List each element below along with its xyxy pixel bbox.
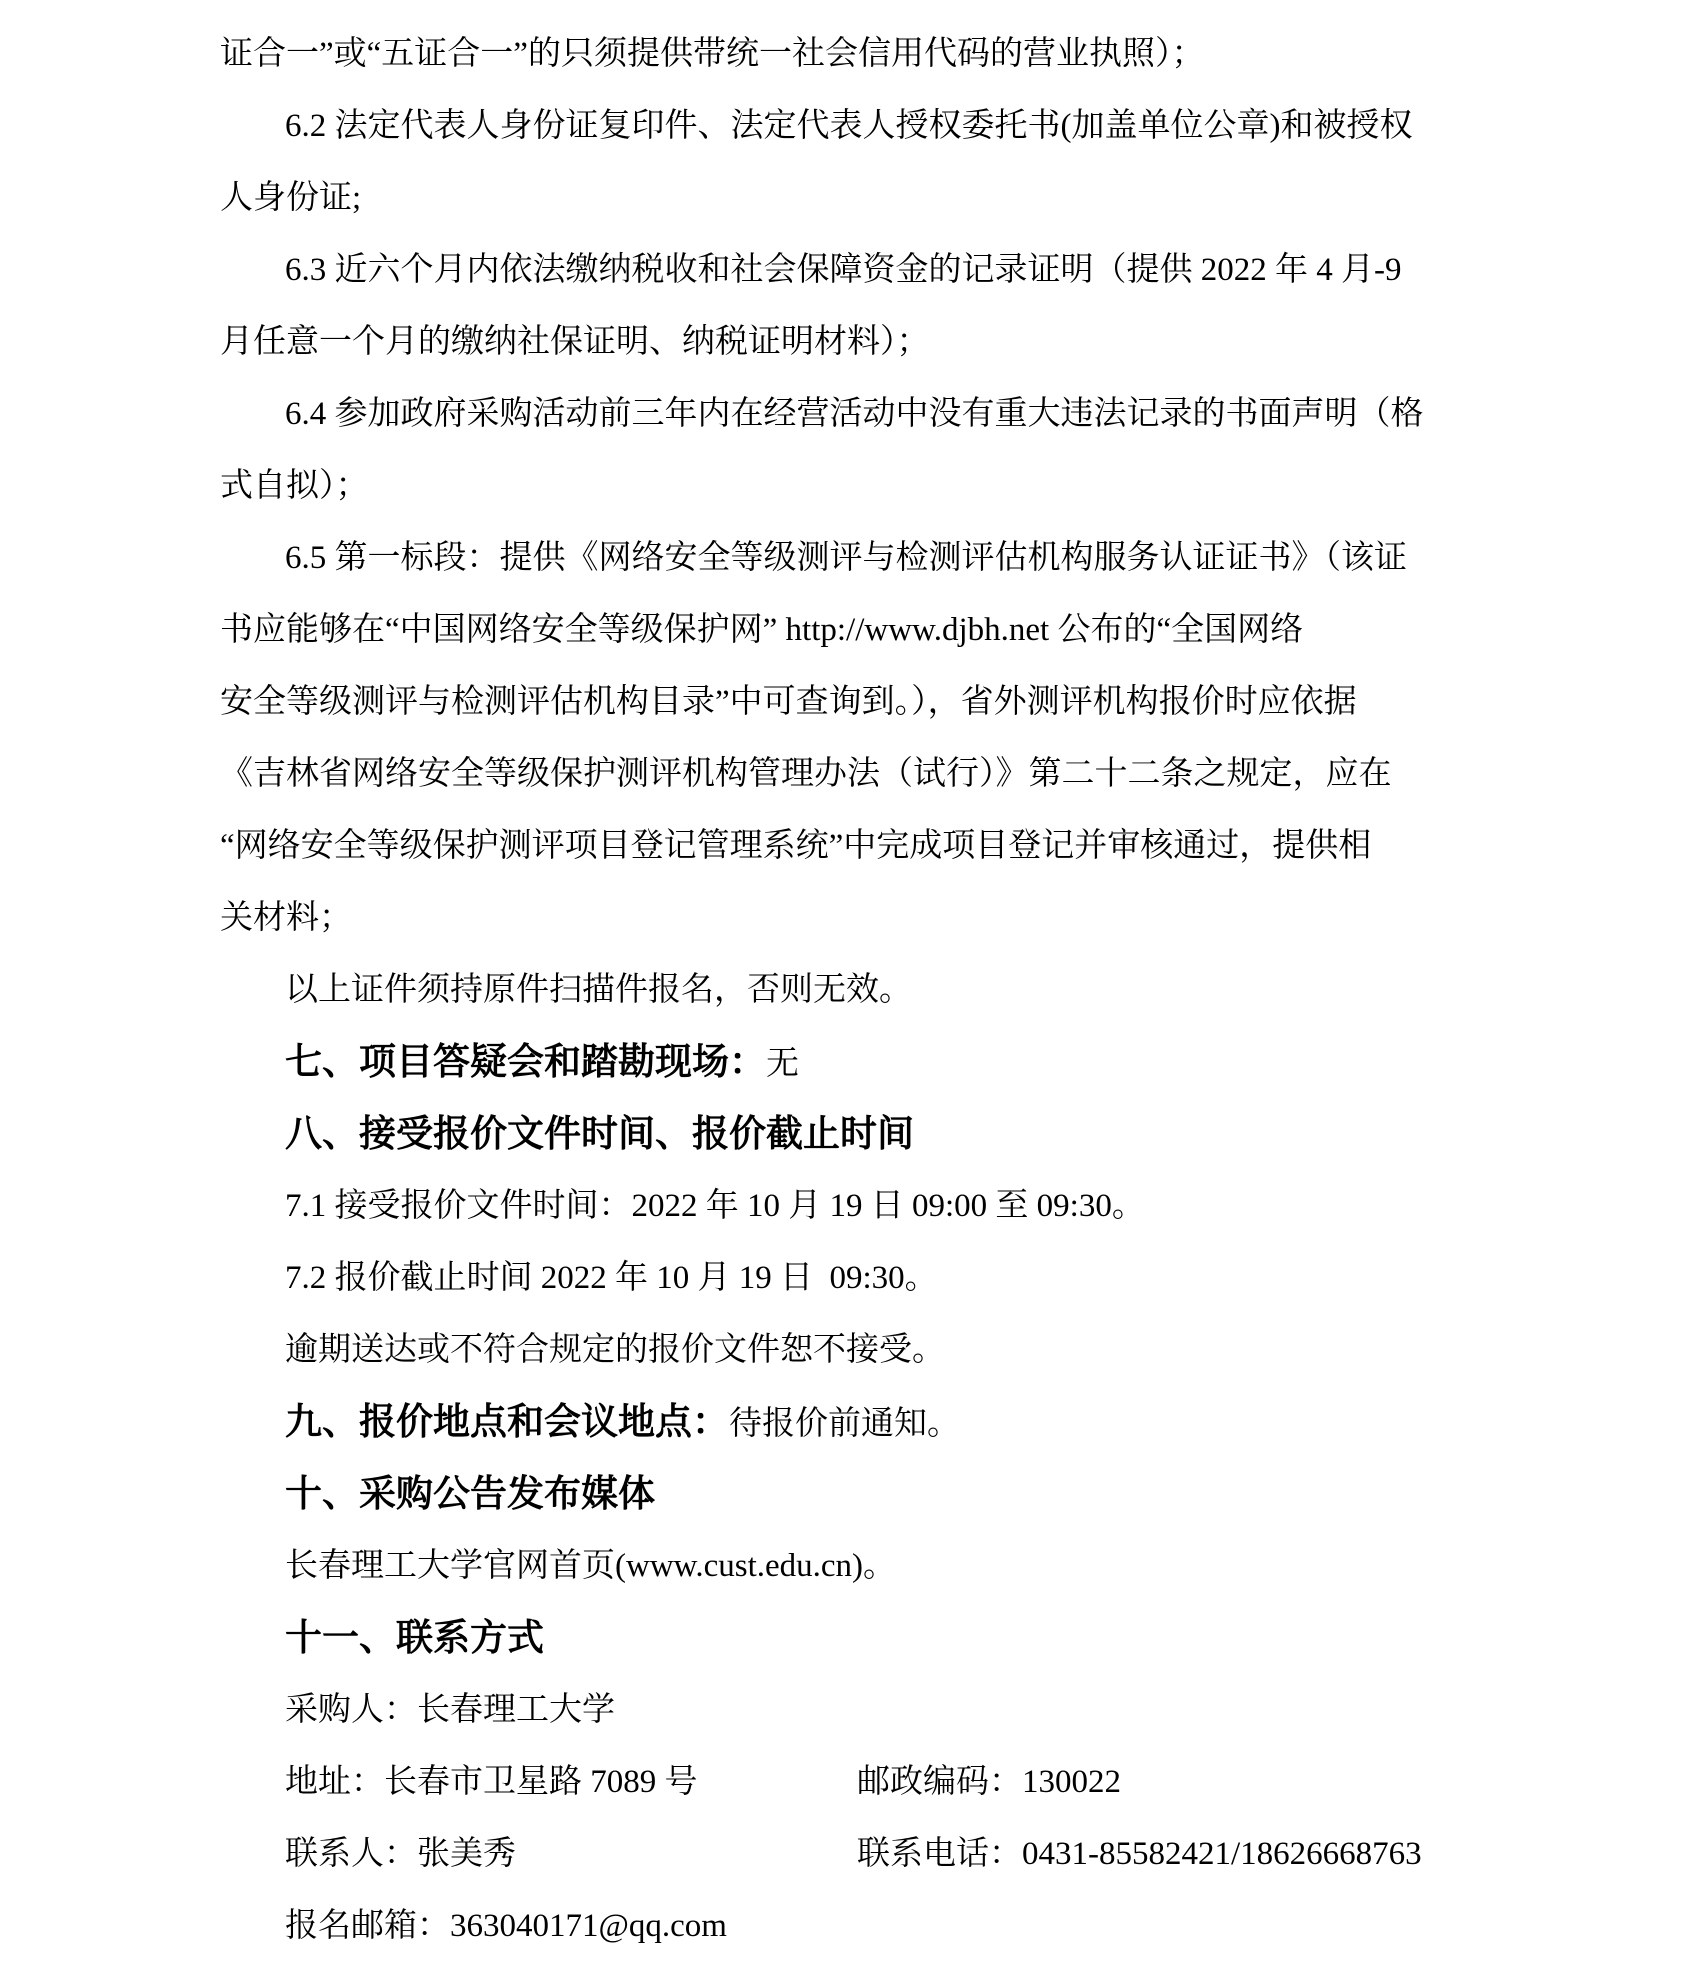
- text-line: 《吉林省网络安全等级保护测评机构管理办法（试行）》第二十二条之规定，应在: [220, 738, 1473, 810]
- document-page: 证合一”或“五证合一”的只须提供带统一社会信用代码的营业执照）；6.2 法定代表…: [0, 0, 1690, 1975]
- section-heading-tail-text: 无: [766, 1046, 799, 1082]
- contact-field-left: 地址：长春市卫星路 7089 号: [285, 1764, 698, 1800]
- section-heading: 九、报价地点和会议地点：: [285, 1401, 729, 1442]
- text-line: 6.5 第一标段：提供《网络安全等级测评与检测评估机构服务认证证书》（该证: [220, 522, 1473, 594]
- contact-field-right: 联系电话：0431-85582421/18626668763: [857, 1818, 1422, 1890]
- section-heading-line: 七、项目答疑会和踏勘现场：无: [220, 1026, 1473, 1098]
- section-heading-line: 十一、联系方式: [220, 1602, 1473, 1674]
- contact-field-left: 联系人：张美秀: [285, 1836, 516, 1872]
- text-line: 逾期送达或不符合规定的报价文件恕不接受。: [220, 1314, 1473, 1386]
- text-line: 式自拟）；: [220, 450, 1473, 522]
- text-line: 安全等级测评与检测评估机构目录”中可查询到。），省外测评机构报价时应依据: [220, 666, 1473, 738]
- text-line: 关材料；: [220, 882, 1473, 954]
- contact-field-right: 邮政编码：130022: [857, 1746, 1121, 1818]
- text-line: 人身份证;: [220, 162, 1473, 234]
- text-line: 6.4 参加政府采购活动前三年内在经营活动中没有重大违法记录的书面声明（格: [220, 378, 1473, 450]
- section-heading: 八、接受报价文件时间、报价截止时间: [285, 1113, 914, 1154]
- document-content: 证合一”或“五证合一”的只须提供带统一社会信用代码的营业执照）；6.2 法定代表…: [220, 18, 1473, 1962]
- text-line: 书应能够在“中国网络安全等级保护网” http://www.djbh.net 公…: [220, 594, 1473, 666]
- section-heading: 十、采购公告发布媒体: [285, 1473, 655, 1514]
- section-heading-line: 九、报价地点和会议地点：待报价前通知。: [220, 1386, 1473, 1458]
- section-heading-tail-text: 待报价前通知。: [729, 1406, 960, 1442]
- text-line: 联系人：张美秀联系电话：0431-85582421/18626668763: [220, 1818, 1473, 1890]
- section-heading: 七、项目答疑会和踏勘现场：: [285, 1041, 766, 1082]
- text-line: 证合一”或“五证合一”的只须提供带统一社会信用代码的营业执照）；: [220, 18, 1473, 90]
- text-line: 地址：长春市卫星路 7089 号邮政编码：130022: [220, 1746, 1473, 1818]
- text-line: 7.2 报价截止时间 2022 年 10 月 19 日 09:30。: [220, 1242, 1473, 1314]
- text-line: 6.2 法定代表人身份证复印件、法定代表人授权委托书(加盖单位公章)和被授权: [220, 90, 1473, 162]
- text-line: 报名邮箱：363040171@qq.com: [220, 1890, 1473, 1962]
- text-line: 以上证件须持原件扫描件报名，否则无效。: [220, 954, 1473, 1026]
- text-line: 采购人：长春理工大学: [220, 1674, 1473, 1746]
- text-line: 长春理工大学官网首页(www.cust.edu.cn)。: [220, 1530, 1473, 1602]
- section-heading-line: 八、接受报价文件时间、报价截止时间: [220, 1098, 1473, 1170]
- text-line: 月任意一个月的缴纳社保证明、纳税证明材料）；: [220, 306, 1473, 378]
- text-line: “网络安全等级保护测评项目登记管理系统”中完成项目登记并审核通过，提供相: [220, 810, 1473, 882]
- section-heading: 十一、联系方式: [285, 1617, 544, 1658]
- text-line: 7.1 接受报价文件时间：2022 年 10 月 19 日 09:00 至 09…: [220, 1170, 1473, 1242]
- section-heading-line: 十、采购公告发布媒体: [220, 1458, 1473, 1530]
- text-line: 6.3 近六个月内依法缴纳税收和社会保障资金的记录证明（提供 2022 年 4 …: [220, 234, 1473, 306]
